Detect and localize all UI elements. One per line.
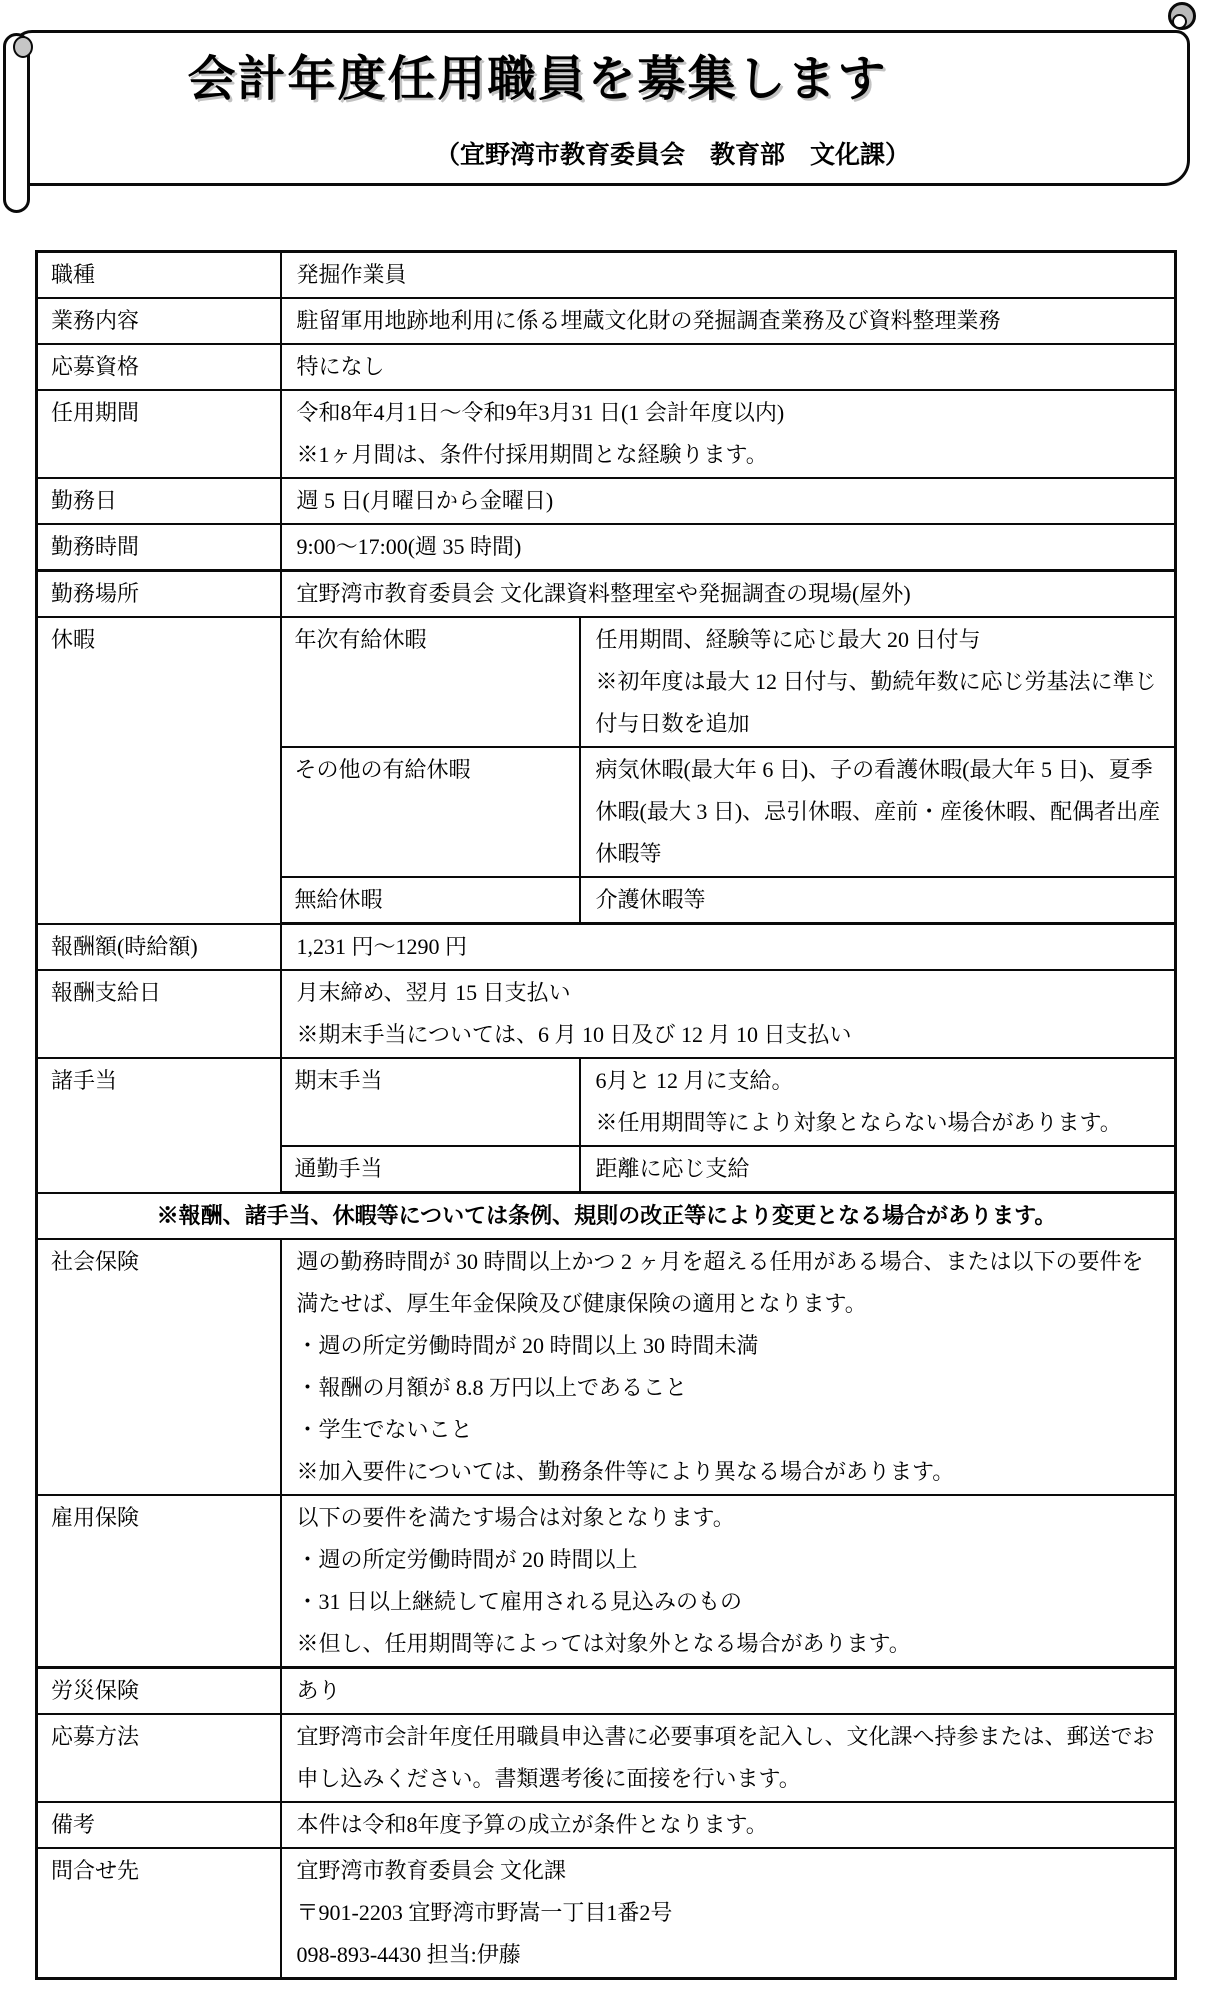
table-row-remarks: 備考 本件は令和8年度予算の成立が条件となります。 xyxy=(37,1802,1176,1848)
sub-row-value: 距離に応じ支給 xyxy=(580,1146,1176,1193)
text-line: 〒901-2203 宜野湾市野嵩一丁目1番2号 xyxy=(297,1892,1163,1934)
table-row-employment-insurance: 雇用保険 以下の要件を満たす場合は対象となります。 ・週の所定労働時間が 20 … xyxy=(37,1495,1176,1668)
job-details-table: 職種 発掘作業員 業務内容 駐留軍用地跡地利用に係る埋蔵文化財の発掘調査業務及び… xyxy=(35,250,1177,1980)
sub-row-label: 年次有給休暇 xyxy=(281,617,580,747)
table-row-allowance-end-of-term: 諸手当 期末手当 6月と 12 月に支給。 ※任用期間等により対象とならない場合… xyxy=(37,1058,1176,1146)
row-value: あり xyxy=(281,1668,1176,1715)
row-label: 勤務時間 xyxy=(37,524,281,571)
row-value: 週 5 日(月曜日から金曜日) xyxy=(281,478,1176,524)
row-value: 宜野湾市教育委員会 文化課資料整理室や発掘調査の現場(屋外) xyxy=(281,571,1176,618)
text-line: 宜野湾市会計年度任用職員申込書に必要事項を記入し、文化課へ持参または、郵送でお申… xyxy=(297,1716,1163,1800)
row-value: 9:00～17:00(週 35 時間) xyxy=(281,524,1176,571)
text-line: ※但し、任用期間等によっては対象外となる場合があります。 xyxy=(297,1623,1163,1665)
sub-row-label: その他の有給休暇 xyxy=(281,747,580,877)
text-line: 6月と 12 月に支給。 xyxy=(596,1060,1163,1102)
scroll-roll-shade-icon xyxy=(13,36,33,58)
header-text-block: 会計年度任用職員を募集します （宜野湾市教育委員会 教育部 文化課） xyxy=(165,43,910,171)
row-label: 労災保険 xyxy=(37,1668,281,1715)
table-row-job-type: 職種 発掘作業員 xyxy=(37,252,1176,299)
text-line: 月末締め、翌月 15 日支払い xyxy=(297,972,1163,1014)
text-line: ・学生でないこと xyxy=(297,1409,1163,1451)
text-line: ※任用期間等により対象とならない場合があります。 xyxy=(596,1102,1163,1144)
table-row-application-method: 応募方法 宜野湾市会計年度任用職員申込書に必要事項を記入し、文化課へ持参または、… xyxy=(37,1714,1176,1802)
row-value: 月末締め、翌月 15 日支払い ※期末手当については、6 月 10 日及び 12… xyxy=(281,970,1176,1058)
sub-row-label: 通勤手当 xyxy=(281,1146,580,1193)
scroll-curl-icon xyxy=(1168,2,1196,30)
table-row-contact: 問合せ先 宜野湾市教育委員会 文化課 〒901-2203 宜野湾市野嵩一丁目1番… xyxy=(37,1848,1176,1979)
table-row-qualifications: 応募資格 特になし xyxy=(37,344,1176,390)
row-label: 諸手当 xyxy=(37,1058,281,1193)
row-value: 令和8年4月1日～令和9年3月31 日(1 会計年度以内) ※1ヶ月間は、条件付… xyxy=(281,390,1176,478)
row-label: 社会保険 xyxy=(37,1239,281,1495)
scroll-roll-icon xyxy=(3,33,30,213)
row-label: 雇用保険 xyxy=(37,1495,281,1668)
sub-row-value: 6月と 12 月に支給。 ※任用期間等により対象とならない場合があります。 xyxy=(580,1058,1176,1146)
page-subtitle: （宜野湾市教育委員会 教育部 文化課） xyxy=(165,135,910,171)
text-line: ※期末手当については、6 月 10 日及び 12 月 10 日支払い xyxy=(297,1014,1163,1056)
text-line: 介護休暇等 xyxy=(596,879,1163,921)
sub-row-value: 任用期間、経験等に応じ最大 20 日付与 ※初年度は最大 12 日付与、勤続年数… xyxy=(580,617,1176,747)
text-line: 宜野湾市教育委員会 文化課 xyxy=(297,1850,1163,1892)
row-label: 任用期間 xyxy=(37,390,281,478)
text-line: 令和8年4月1日～令和9年3月31 日(1 会計年度以内) xyxy=(297,392,1163,434)
page-title: 会計年度任用職員を募集します xyxy=(165,43,910,115)
sub-row-label: 無給休暇 xyxy=(281,877,580,924)
revision-note: ※報酬、諸手当、休暇等については条例、規則の改正等により変更となる場合があります… xyxy=(37,1193,1176,1240)
row-label: 備考 xyxy=(37,1802,281,1848)
text-line: 病気休暇(最大年 6 日)、子の看護休暇(最大年 5 日)、夏季休暇(最大 3 … xyxy=(596,749,1163,875)
header-banner: 会計年度任用職員を募集します （宜野湾市教育委員会 教育部 文化課） xyxy=(12,30,1190,186)
row-value: 宜野湾市教育委員会 文化課 〒901-2203 宜野湾市野嵩一丁目1番2号 09… xyxy=(281,1848,1176,1979)
row-value: 発掘作業員 xyxy=(281,252,1176,299)
row-label: 休暇 xyxy=(37,617,281,924)
table-row-appointment-period: 任用期間 令和8年4月1日～令和9年3月31 日(1 会計年度以内) ※1ヶ月間… xyxy=(37,390,1176,478)
row-label: 報酬額(時給額) xyxy=(37,924,281,971)
row-value: 特になし xyxy=(281,344,1176,390)
text-line: ・報酬の月額が 8.8 万円以上であること xyxy=(297,1367,1163,1409)
table-row-work-hours: 勤務時間 9:00～17:00(週 35 時間) xyxy=(37,524,1176,571)
text-line: ・週の所定労働時間が 20 時間以上 xyxy=(297,1539,1163,1581)
document-page: 会計年度任用職員を募集します （宜野湾市教育委員会 教育部 文化課） 職種 発掘… xyxy=(0,0,1207,2000)
text-line: ※加入要件については、勤務条件等により異なる場合があります。 xyxy=(297,1451,1163,1493)
row-label: 応募資格 xyxy=(37,344,281,390)
row-label: 応募方法 xyxy=(37,1714,281,1802)
row-label: 勤務日 xyxy=(37,478,281,524)
table-row-job-description: 業務内容 駐留軍用地跡地利用に係る埋蔵文化財の発掘調査業務及び資料整理業務 xyxy=(37,298,1176,344)
table-row-payment-date: 報酬支給日 月末締め、翌月 15 日支払い ※期末手当については、6 月 10 … xyxy=(37,970,1176,1058)
row-label: 職種 xyxy=(37,252,281,299)
table-row-leave-annual-paid: 休暇 年次有給休暇 任用期間、経験等に応じ最大 20 日付与 ※初年度は最大 1… xyxy=(37,617,1176,747)
row-value: 1,231 円～1290 円 xyxy=(281,924,1176,971)
row-label: 報酬支給日 xyxy=(37,970,281,1058)
row-value: 本件は令和8年度予算の成立が条件となります。 xyxy=(281,1802,1176,1848)
table-row-revision-note: ※報酬、諸手当、休暇等については条例、規則の改正等により変更となる場合があります… xyxy=(37,1193,1176,1240)
table-row-workers-compensation: 労災保険 あり xyxy=(37,1668,1176,1715)
row-label: 業務内容 xyxy=(37,298,281,344)
text-line: ・週の所定労働時間が 20 時間以上 30 時間未満 xyxy=(297,1325,1163,1367)
row-value: 駐留軍用地跡地利用に係る埋蔵文化財の発掘調査業務及び資料整理業務 xyxy=(281,298,1176,344)
row-label: 問合せ先 xyxy=(37,1848,281,1979)
row-value: 宜野湾市会計年度任用職員申込書に必要事項を記入し、文化課へ持参または、郵送でお申… xyxy=(281,1714,1176,1802)
text-line: 距離に応じ支給 xyxy=(596,1148,1163,1190)
text-line: ※初年度は最大 12 日付与、勤続年数に応じ労基法に準じ付与日数を追加 xyxy=(596,661,1163,745)
text-line: 任用期間、経験等に応じ最大 20 日付与 xyxy=(596,619,1163,661)
row-value: 以下の要件を満たす場合は対象となります。 ・週の所定労働時間が 20 時間以上 … xyxy=(281,1495,1176,1668)
row-value: 週の勤務時間が 30 時間以上かつ 2 ヶ月を超える任用がある場合、または以下の… xyxy=(281,1239,1176,1495)
sub-row-value: 病気休暇(最大年 6 日)、子の看護休暇(最大年 5 日)、夏季休暇(最大 3 … xyxy=(580,747,1176,877)
table-row-work-location: 勤務場所 宜野湾市教育委員会 文化課資料整理室や発掘調査の現場(屋外) xyxy=(37,571,1176,618)
table-row-hourly-wage: 報酬額(時給額) 1,231 円～1290 円 xyxy=(37,924,1176,971)
text-line: 098-893-4430 担当:伊藤 xyxy=(297,1934,1163,1976)
table-row-work-days: 勤務日 週 5 日(月曜日から金曜日) xyxy=(37,478,1176,524)
text-line: ・31 日以上継続して雇用される見込みのもの xyxy=(297,1581,1163,1623)
table-row-social-insurance: 社会保険 週の勤務時間が 30 時間以上かつ 2 ヶ月を超える任用がある場合、ま… xyxy=(37,1239,1176,1495)
text-line: 以下の要件を満たす場合は対象となります。 xyxy=(297,1497,1163,1539)
row-label: 勤務場所 xyxy=(37,571,281,618)
text-line: ※1ヶ月間は、条件付採用期間とな経験ります。 xyxy=(297,434,1163,476)
sub-row-label: 期末手当 xyxy=(281,1058,580,1146)
sub-row-value: 介護休暇等 xyxy=(580,877,1176,924)
text-line: 週の勤務時間が 30 時間以上かつ 2 ヶ月を超える任用がある場合、または以下の… xyxy=(297,1241,1163,1325)
